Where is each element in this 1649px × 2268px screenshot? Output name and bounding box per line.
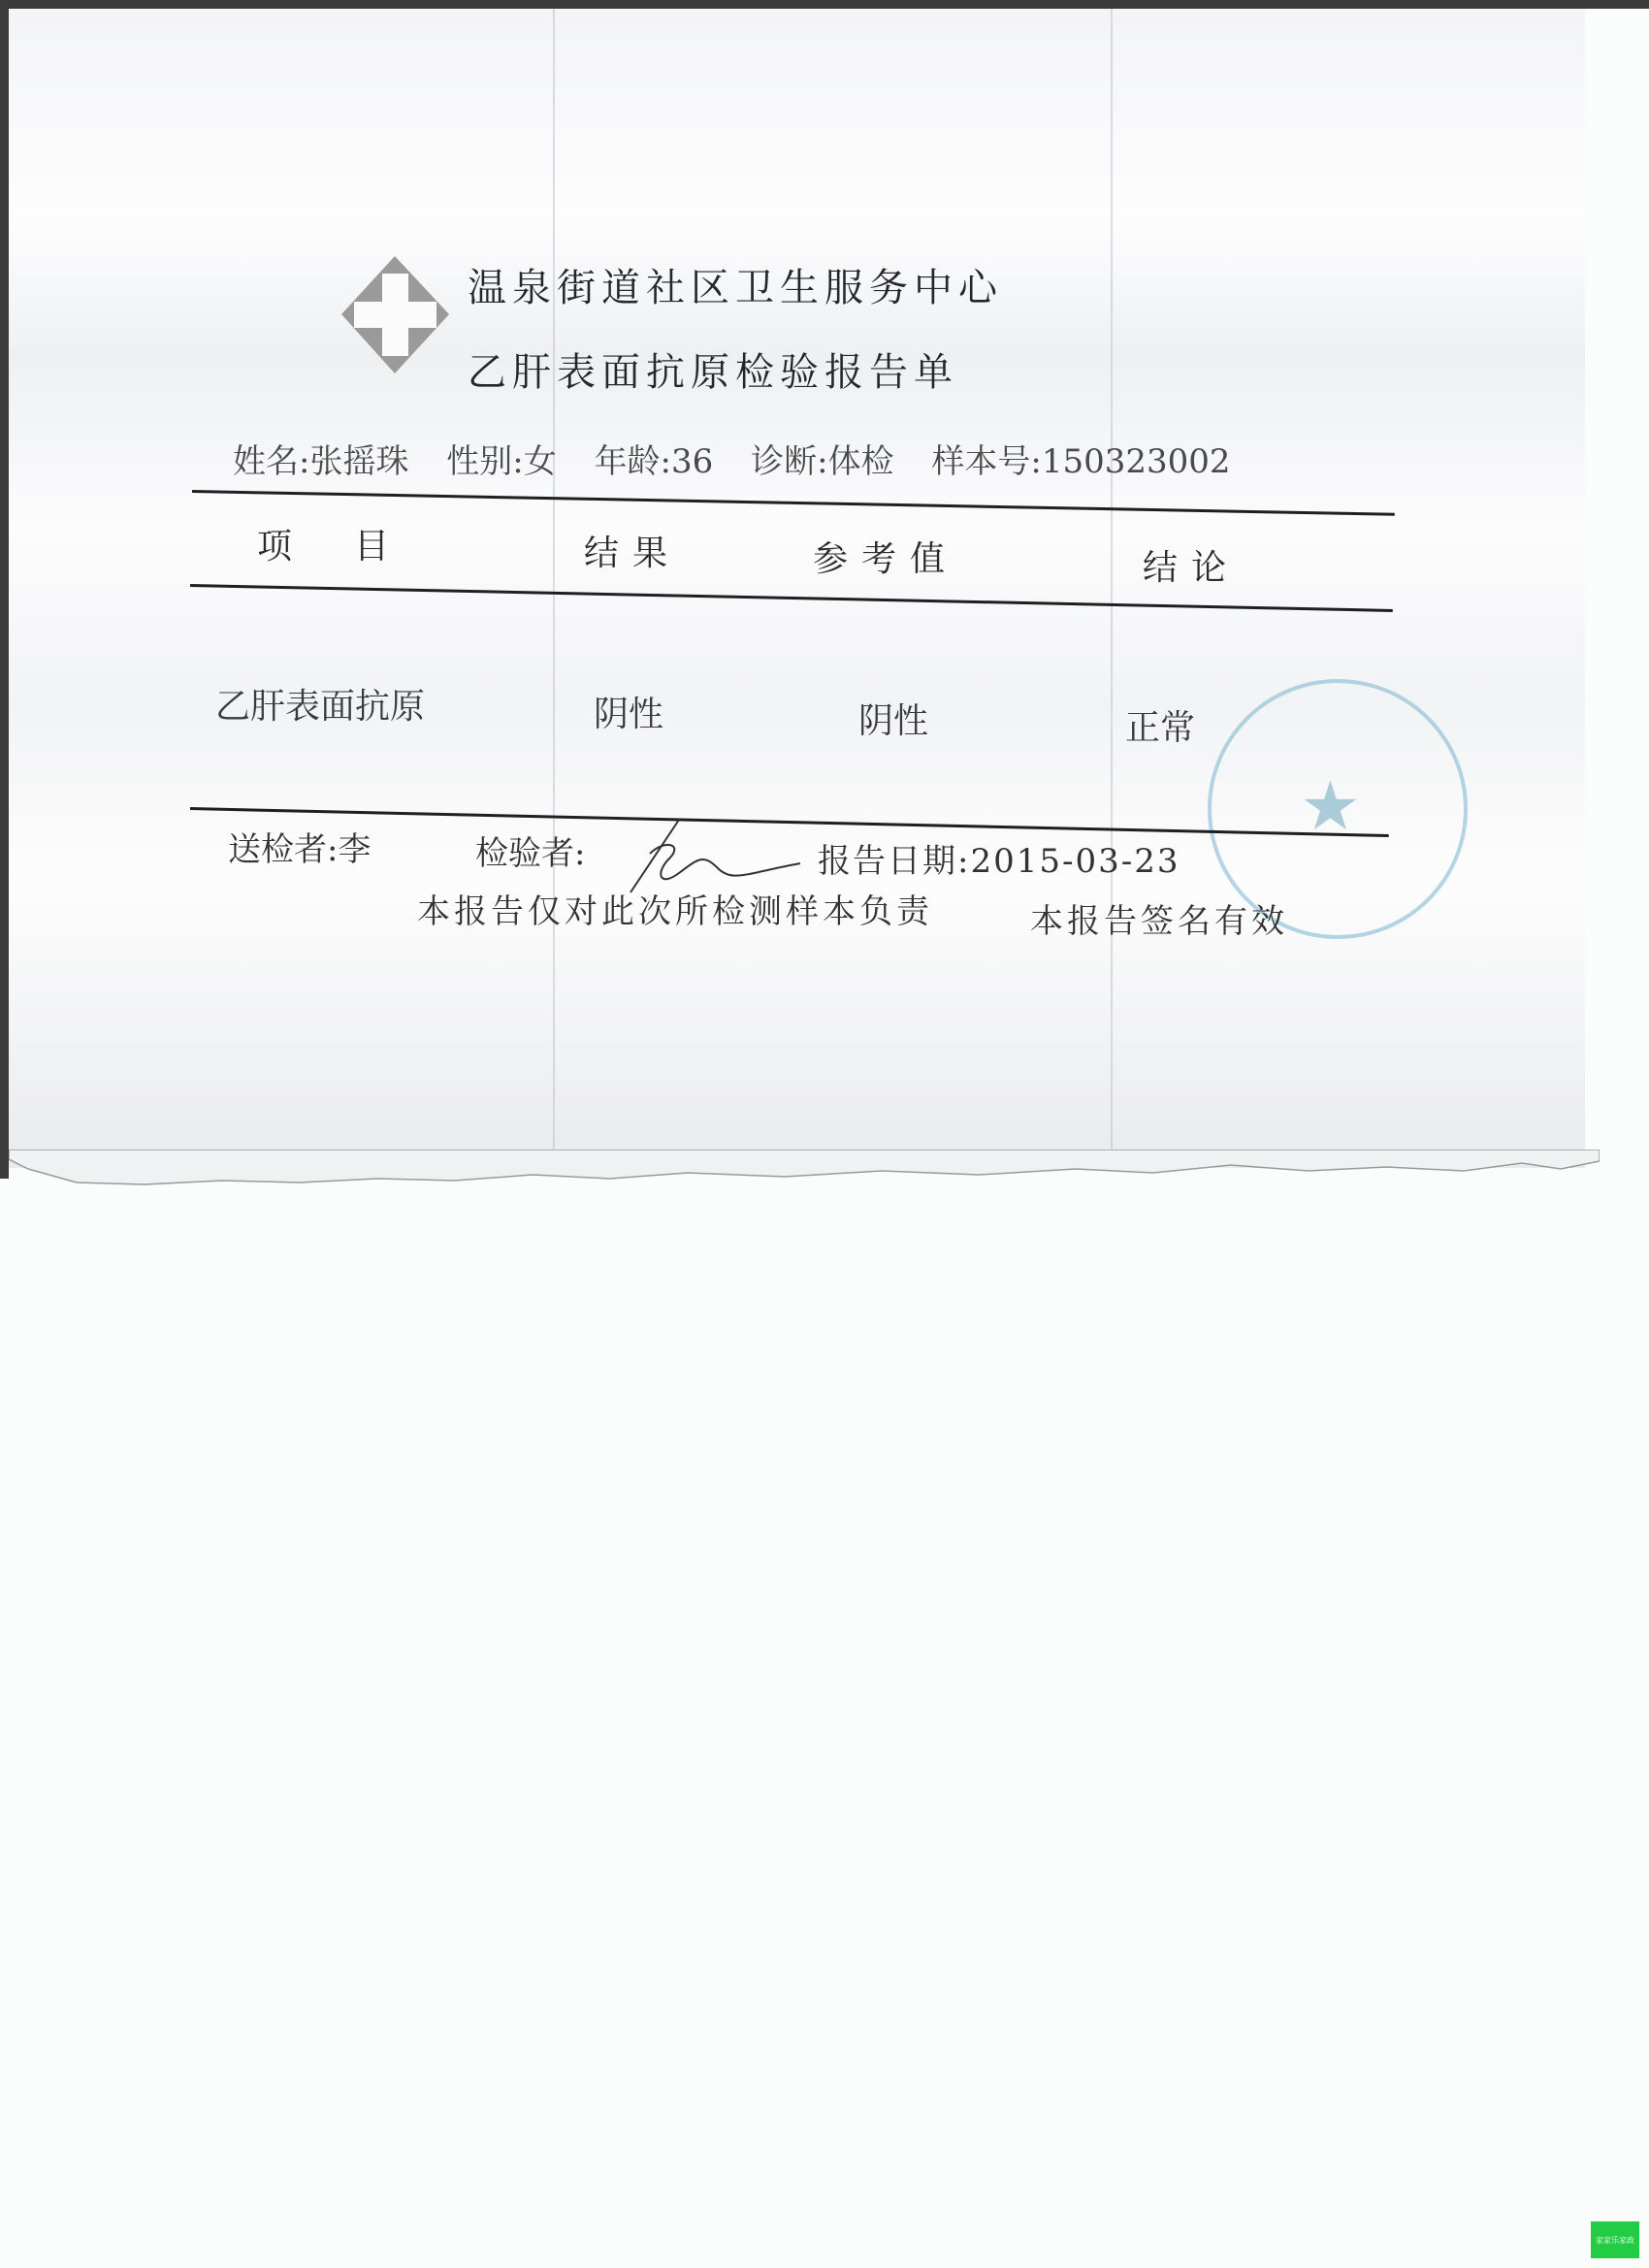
fold-line: [1111, 9, 1113, 1168]
header-result: 结果: [584, 526, 681, 575]
report-paper: [9, 9, 1585, 1168]
scan-border-top: [0, 0, 1649, 9]
disclaimer-note: 本报告仅对此次所检测样本负责: [417, 885, 933, 932]
report-date: 报告日期:2015-03-23: [818, 834, 1180, 882]
patient-diagnosis: 诊断:体检: [751, 442, 893, 481]
torn-edge: [9, 1150, 1600, 1188]
scan-border-left: [0, 0, 9, 1179]
header-conclusion: 结论: [1143, 540, 1240, 590]
institution-name: 温泉街道社区卫生服务中心: [468, 257, 1003, 312]
patient-info: 姓名:张摇珠 性别:女 年龄:36 诊断:体检 样本号:150323002: [233, 435, 1258, 482]
watermark-badge: 家家乐家政: [1591, 2221, 1639, 2258]
cell-conclusion: 正常: [1125, 700, 1195, 750]
header-item: 项 目: [257, 519, 403, 568]
sample-number: 样本号:150323002: [931, 442, 1230, 481]
fold-line: [553, 9, 555, 1168]
report-title: 乙肝表面抗原检验报告单: [468, 341, 958, 397]
patient-gender: 性别:女: [446, 442, 556, 481]
signature-note: 本报告签名有效: [1030, 894, 1288, 942]
cell-item: 乙肝表面抗原: [215, 679, 425, 729]
header-reference: 参考值: [813, 532, 958, 581]
patient-age: 年龄:36: [595, 442, 714, 481]
medical-cross-icon: [339, 254, 451, 375]
cell-reference: 阴性: [858, 694, 928, 743]
patient-name: 姓名:张摇珠: [233, 442, 408, 481]
examiner-label: 检验者:: [475, 826, 585, 874]
cell-result: 阴性: [594, 687, 663, 736]
submitter: 送检者:李: [228, 823, 371, 870]
